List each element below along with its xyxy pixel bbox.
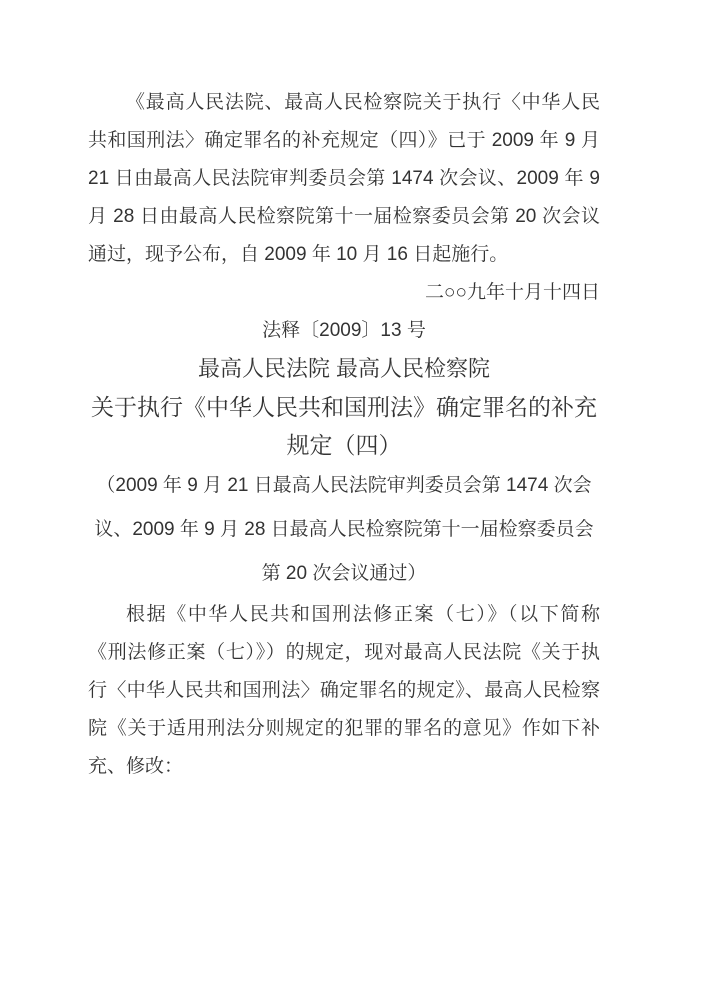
announcement-paragraph: 《最高人民法院、最高人民检察院关于执行〈中华人民共和国刑法〉确定罪名的补充规定（…: [88, 84, 600, 274]
document-number: 法释〔2009〕13 号: [88, 312, 600, 350]
adoption-note: （2009 年 9 月 21 日最高人民法院审判委员会第 1474 次会议、20…: [88, 464, 600, 596]
sign-date: 二○○九年十月十四日: [88, 274, 600, 312]
preamble-paragraph: 根据《中华人民共和国刑法修正案（七）》（以下简称《刑法修正案（七）》）的规定，现…: [88, 596, 600, 786]
issuing-authorities-heading: 最高人民法院 最高人民检察院: [88, 350, 600, 388]
document-page: 《最高人民法院、最高人民检察院关于执行〈中华人民共和国刑法〉确定罪名的补充规定（…: [0, 0, 707, 999]
document-title: 关于执行《中华人民共和国刑法》确定罪名的补充规定（四）: [88, 388, 600, 464]
